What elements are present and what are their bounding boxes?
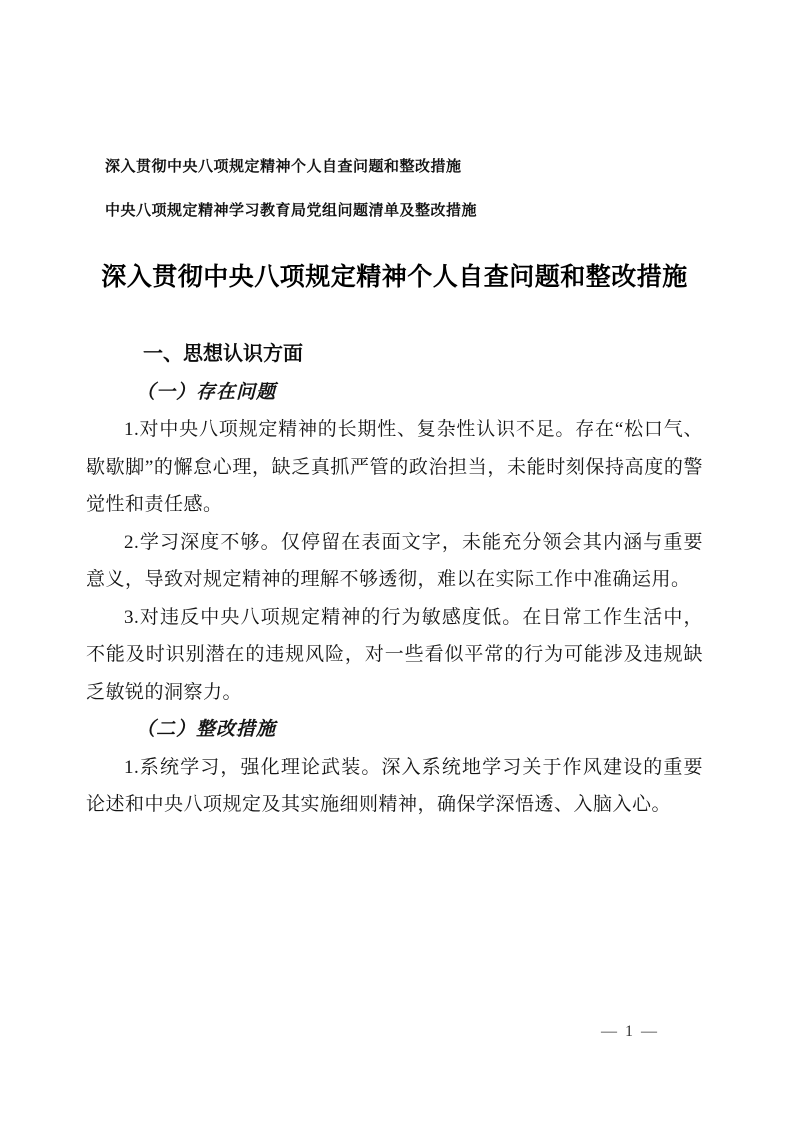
section-heading-1: 一、思想认识方面 <box>86 336 703 374</box>
doc-header-reference-1: 深入贯彻中央八项规定精神个人自查问题和整改措施 <box>105 158 705 175</box>
paragraph-problem-3: 3.对违反中央八项规定精神的行为敏感度低。在日常工作生活中，不能及时识别潜在的违… <box>86 599 703 712</box>
paragraph-measure-1: 1.系统学习，强化理论武装。深入系统地学习关于作风建设的重要论述和中央八项规定及… <box>86 749 703 824</box>
paragraph-problem-1: 1.对中央八项规定精神的长期性、复杂性认识不足。存在“松口气、歇歇脚”的懈怠心理… <box>86 411 703 524</box>
page-number: — 1 — <box>560 1022 700 1042</box>
subsection-heading-problems: （一）存在问题 <box>86 374 703 412</box>
paragraph-problem-2: 2.学习深度不够。仅停留在表面文字，未能充分领会其内涵与重要意义，导致对规定精神… <box>86 524 703 599</box>
subsection-heading-measures: （二）整改措施 <box>86 711 703 749</box>
document-page: 深入贯彻中央八项规定精神个人自查问题和整改措施 中央八项规定精神学习教育局党组问… <box>0 0 794 1122</box>
doc-header-reference-2: 中央八项规定精神学习教育局党组问题清单及整改措施 <box>105 202 705 219</box>
document-title: 深入贯彻中央八项规定精神个人自查问题和整改措施 <box>86 259 703 295</box>
document-body: 一、思想认识方面 （一）存在问题 1.对中央八项规定精神的长期性、复杂性认识不足… <box>86 336 703 824</box>
